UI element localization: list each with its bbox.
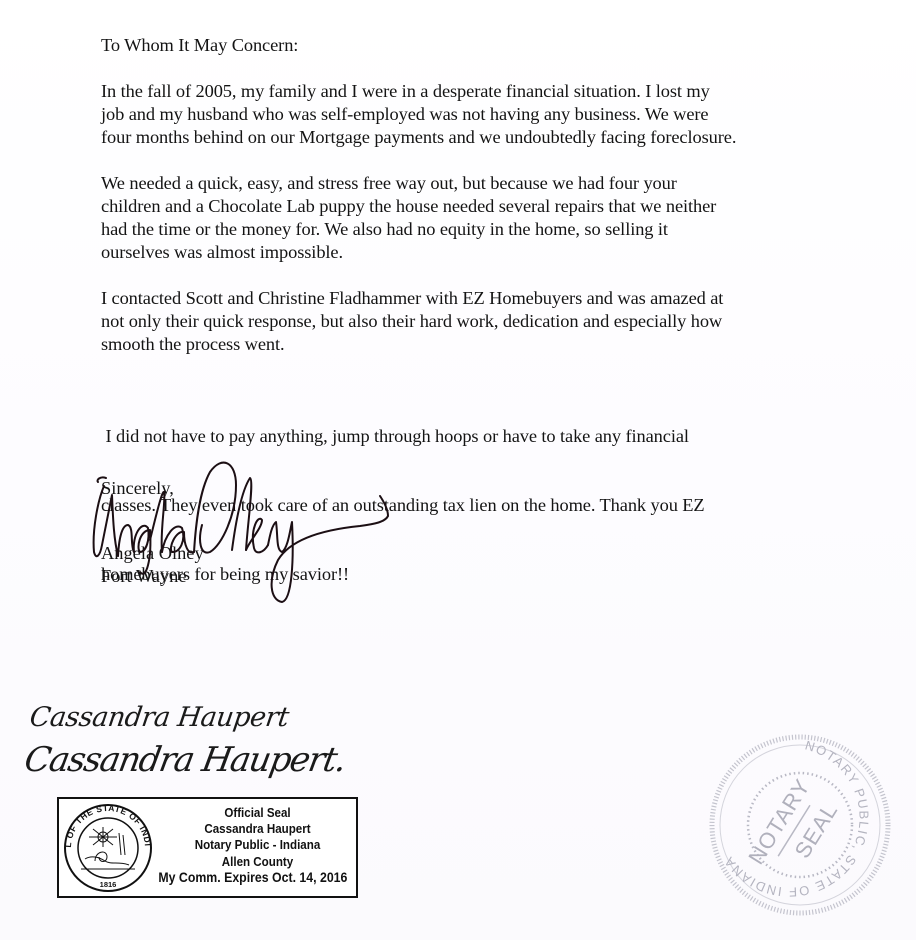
paragraph-3: I contacted Scott and Christine Fladhamm… <box>101 287 821 356</box>
text-line: In the fall of 2005, my family and I wer… <box>101 80 821 103</box>
closing-text: Sincerely, <box>101 477 204 500</box>
notary-printed-name: Cassandra Haupert <box>28 702 291 733</box>
paragraph-4: I did not have to pay anything, jump thr… <box>101 379 821 632</box>
text-line: smooth the process went. <box>101 333 821 356</box>
svg-text:1816: 1816 <box>100 880 117 889</box>
notary-stamp: SEAL OF THE STATE OF INDIANA 1816 Offici… <box>57 797 358 898</box>
signer-name: Angela Olney <box>101 542 204 565</box>
text-line: not only their quick response, but also … <box>101 310 821 333</box>
stamp-line: Official Seal <box>163 805 352 821</box>
text-line: classes. They even took care of an outst… <box>101 494 821 517</box>
signer-city: Fort Wayne <box>101 565 204 588</box>
text-line: four months behind on our Mortgage payme… <box>101 126 821 149</box>
salutation-text: To Whom It May Concern: <box>101 34 821 57</box>
stamp-line: My Comm. Expires Oct. 14, 2016 <box>154 870 352 886</box>
text-line: ourselves was almost impossible. <box>101 241 821 264</box>
state-seal-icon: SEAL OF THE STATE OF INDIANA 1816 <box>59 799 155 896</box>
text-line: I did not have to pay anything, jump thr… <box>101 425 821 448</box>
text-line: job and my husband who was self-employed… <box>101 103 821 126</box>
text-line: had the time or the money for. We also h… <box>101 218 821 241</box>
stamp-line: Allen County <box>163 854 352 870</box>
salutation: To Whom It May Concern: <box>101 34 821 57</box>
letter-closing: Sincerely, Angela Olney Fort Wayne <box>101 477 204 588</box>
text-line: children and a Chocolate Lab puppy the h… <box>101 195 821 218</box>
stamp-line: Cassandra Haupert <box>163 821 352 837</box>
stamp-text: Official Seal Cassandra Haupert Notary P… <box>163 805 352 886</box>
stamp-line: Notary Public - Indiana <box>163 837 352 853</box>
embossed-notary-seal-icon: NOTARY SEAL NOTARY PUBLIC, STATE OF INDI… <box>700 727 900 927</box>
text-line: homebuyers for being my savior!! <box>101 563 821 586</box>
paragraph-2: We needed a quick, easy, and stress free… <box>101 172 821 264</box>
text-line: We needed a quick, easy, and stress free… <box>101 172 821 195</box>
paragraph-1: In the fall of 2005, my family and I wer… <box>101 80 821 149</box>
notary-signature: Cassandra Haupert. <box>21 740 348 780</box>
text-line: I contacted Scott and Christine Fladhamm… <box>101 287 821 310</box>
letter-body: To Whom It May Concern: In the fall of 2… <box>101 34 821 655</box>
